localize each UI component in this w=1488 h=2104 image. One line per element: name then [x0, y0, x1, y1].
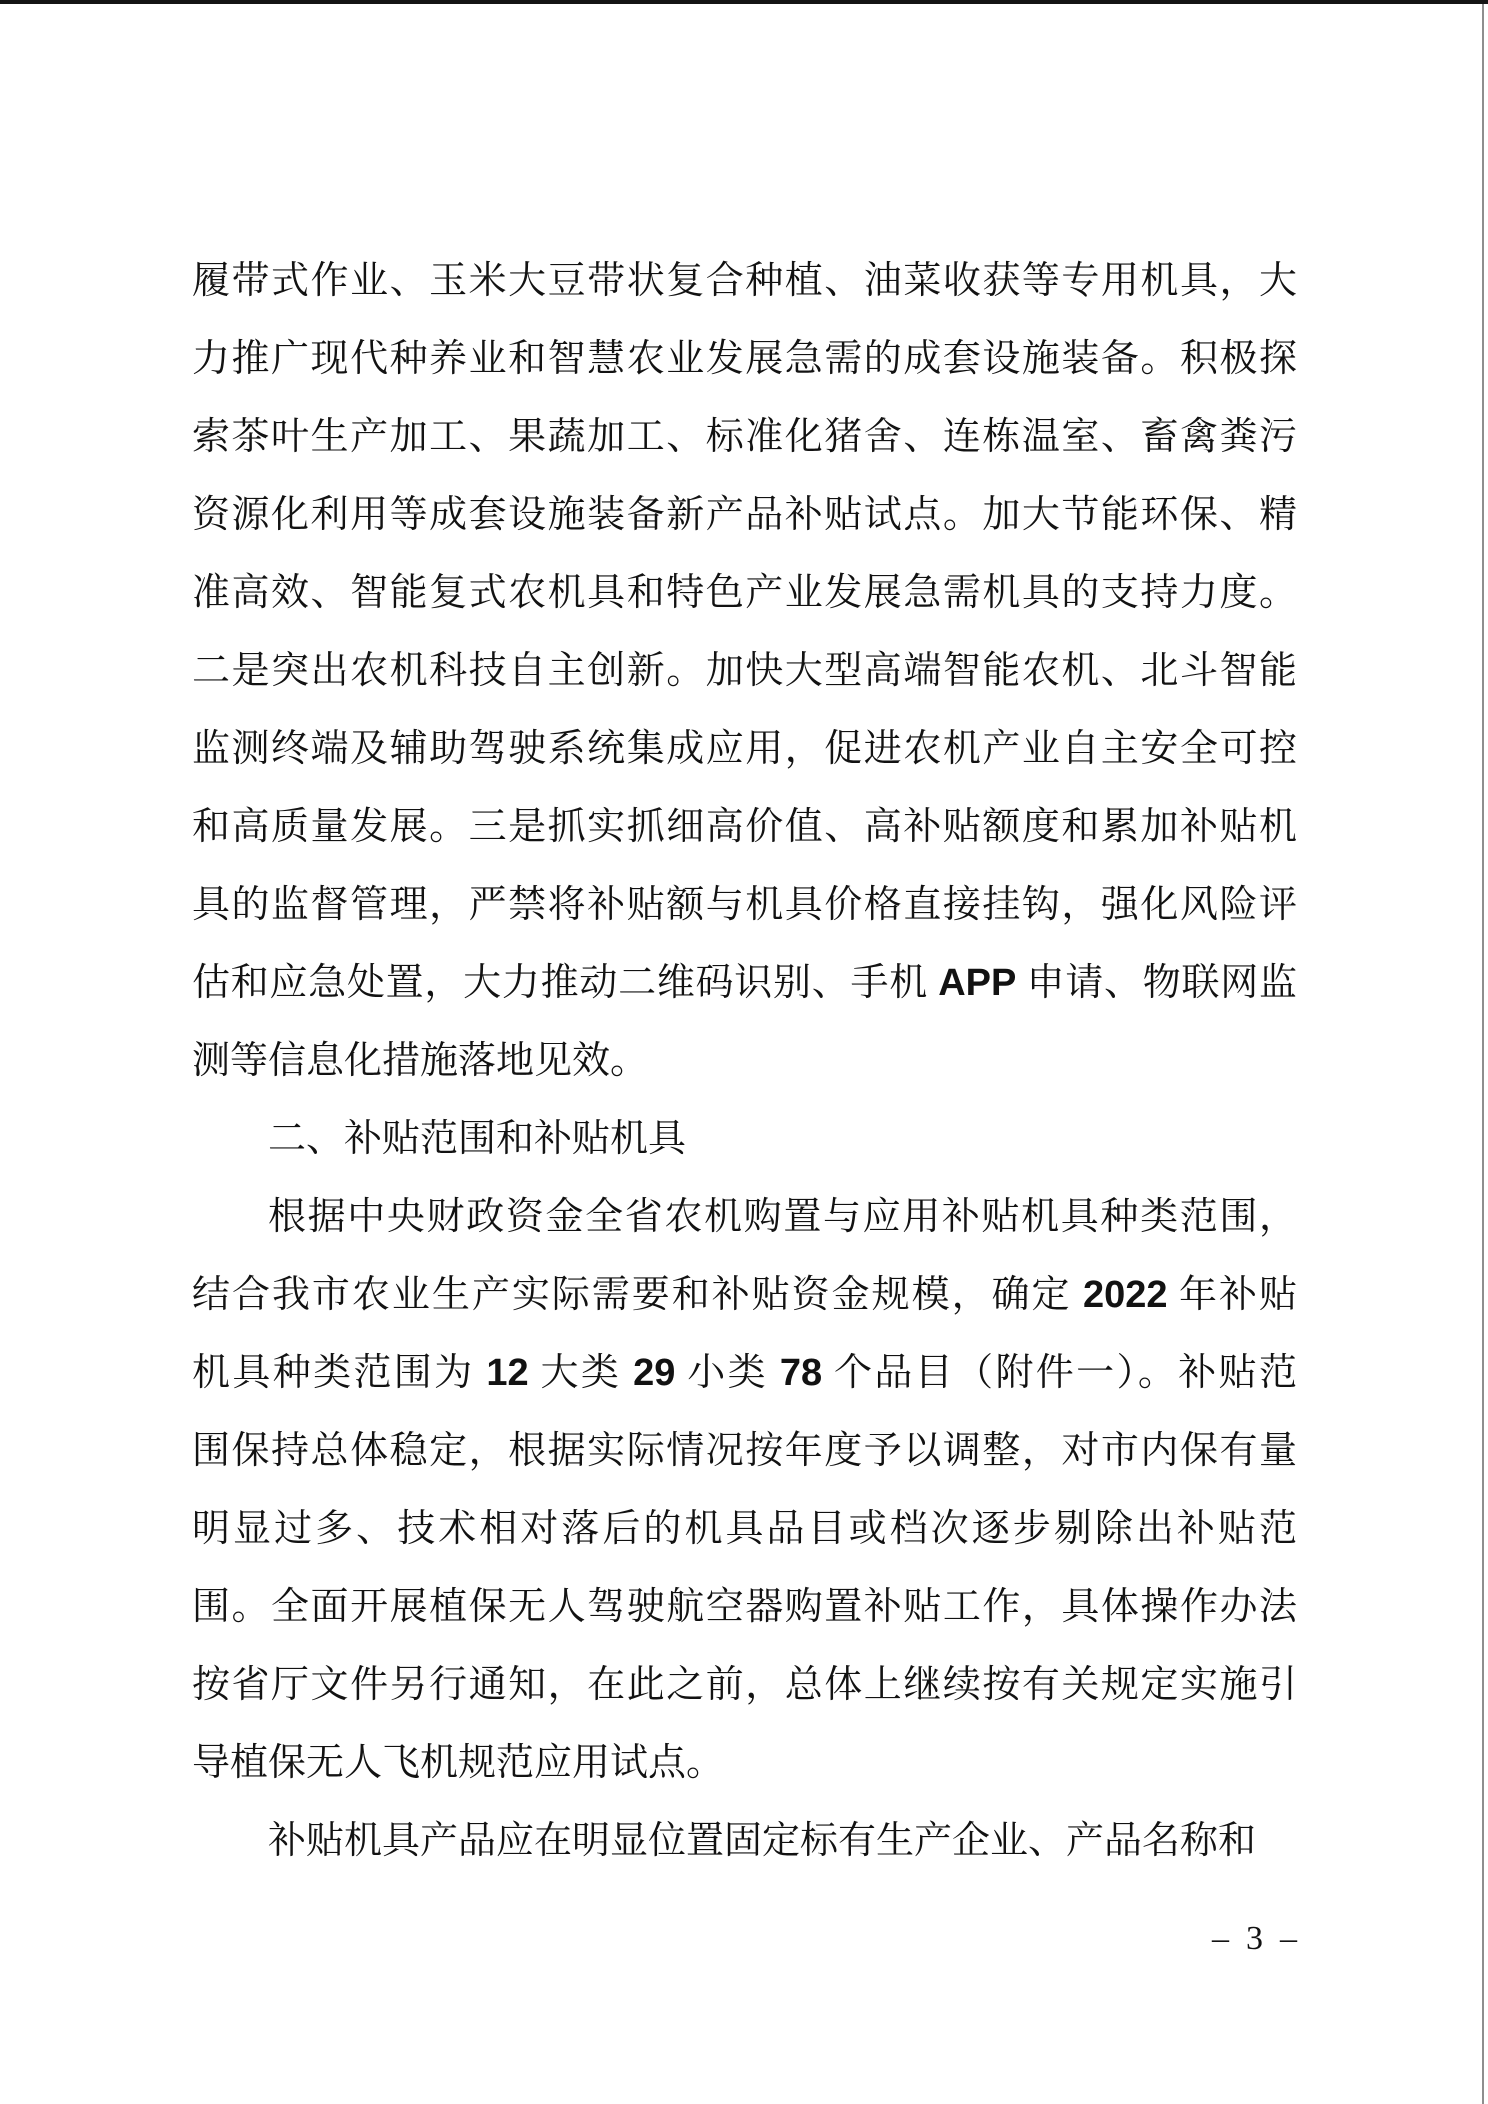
text-run: 个品目（附件一）。补贴范 — [822, 1352, 1297, 1394]
latin-text-run: APP — [938, 962, 1016, 1004]
text-line: 和高质量发展。三是抓实抓细高价值、高补贴额度和累加补贴机 — [192, 788, 1297, 866]
section-heading: 二、补贴范围和补贴机具 — [192, 1100, 1297, 1178]
text-line: 导植保无人飞机规范应用试点。 — [192, 1724, 1297, 1802]
text-line: 监测终端及辅助驾驶系统集成应用，促进农机产业自主安全可控 — [192, 710, 1297, 788]
text-line: 索茶叶生产加工、果蔬加工、标准化猪舍、连栋温室、畜禽粪污 — [192, 398, 1297, 476]
number-run: 12 — [486, 1352, 528, 1394]
text-run: 年补贴 — [1168, 1274, 1297, 1316]
text-line: 估和应急处置，大力推动二维码识别、手机 APP 申请、物联网监 — [192, 944, 1297, 1022]
text-line: 资源化利用等成套设施装备新产品补贴试点。加大节能环保、精 — [192, 476, 1297, 554]
top-border — [0, 0, 1488, 4]
document-page: { "document": { "lines": [ { "text": "履带… — [0, 0, 1488, 2104]
text-run: 估和应急处置，大力推动二维码识别、手机 — [192, 962, 938, 1004]
number-run: 78 — [780, 1352, 822, 1394]
text-run: 小类 — [675, 1352, 779, 1394]
text-line: 力推广现代种养业和智慧农业发展急需的成套设施装备。积极探 — [192, 320, 1297, 398]
number-run: 2022 — [1083, 1274, 1168, 1316]
text-line: 补贴机具产品应在明显位置固定标有生产企业、产品名称和 — [192, 1802, 1297, 1880]
text-run: 申请、物联网监 — [1016, 962, 1297, 1004]
text-line: 围保持总体稳定，根据实际情况按年度予以调整，对市内保有量 — [192, 1412, 1297, 1490]
text-line: 具的监督管理，严禁将补贴额与机具价格直接挂钩，强化风险评 — [192, 866, 1297, 944]
text-line: 明显过多、技术相对落后的机具品目或档次逐步剔除出补贴范 — [192, 1490, 1297, 1568]
text-line: 二是突出农机科技自主创新。加快大型高端智能农机、北斗智能 — [192, 632, 1297, 710]
text-line: 根据中央财政资金全省农机购置与应用补贴机具种类范围， — [192, 1178, 1297, 1256]
text-line: 围。全面开展植保无人驾驶航空器购置补贴工作，具体操作办法 — [192, 1568, 1297, 1646]
document-body: 履带式作业、玉米大豆带状复合种植、油菜收获等专用机具，大 力推广现代种养业和智慧… — [192, 242, 1297, 1962]
text-line: 结合我市农业生产实际需要和补贴资金规模，确定 2022 年补贴 — [192, 1256, 1297, 1334]
right-page-edge — [1482, 4, 1484, 2104]
number-run: 29 — [633, 1352, 675, 1394]
text-line: 测等信息化措施落地见效。 — [192, 1022, 1297, 1100]
text-line: 准高效、智能复式农机具和特色产业发展急需机具的支持力度。 — [192, 554, 1297, 632]
text-run: 机具种类范围为 — [192, 1352, 486, 1394]
text-run: 结合我市农业生产实际需要和补贴资金规模，确定 — [192, 1274, 1083, 1316]
text-run: 大类 — [529, 1352, 633, 1394]
text-line: 机具种类范围为 12 大类 29 小类 78 个品目（附件一）。补贴范 — [192, 1334, 1297, 1412]
text-line: 履带式作业、玉米大豆带状复合种植、油菜收获等专用机具，大 — [192, 242, 1297, 320]
page-number: – 3 – — [192, 1916, 1297, 1962]
text-line: 按省厅文件另行通知，在此之前，总体上继续按有关规定实施引 — [192, 1646, 1297, 1724]
